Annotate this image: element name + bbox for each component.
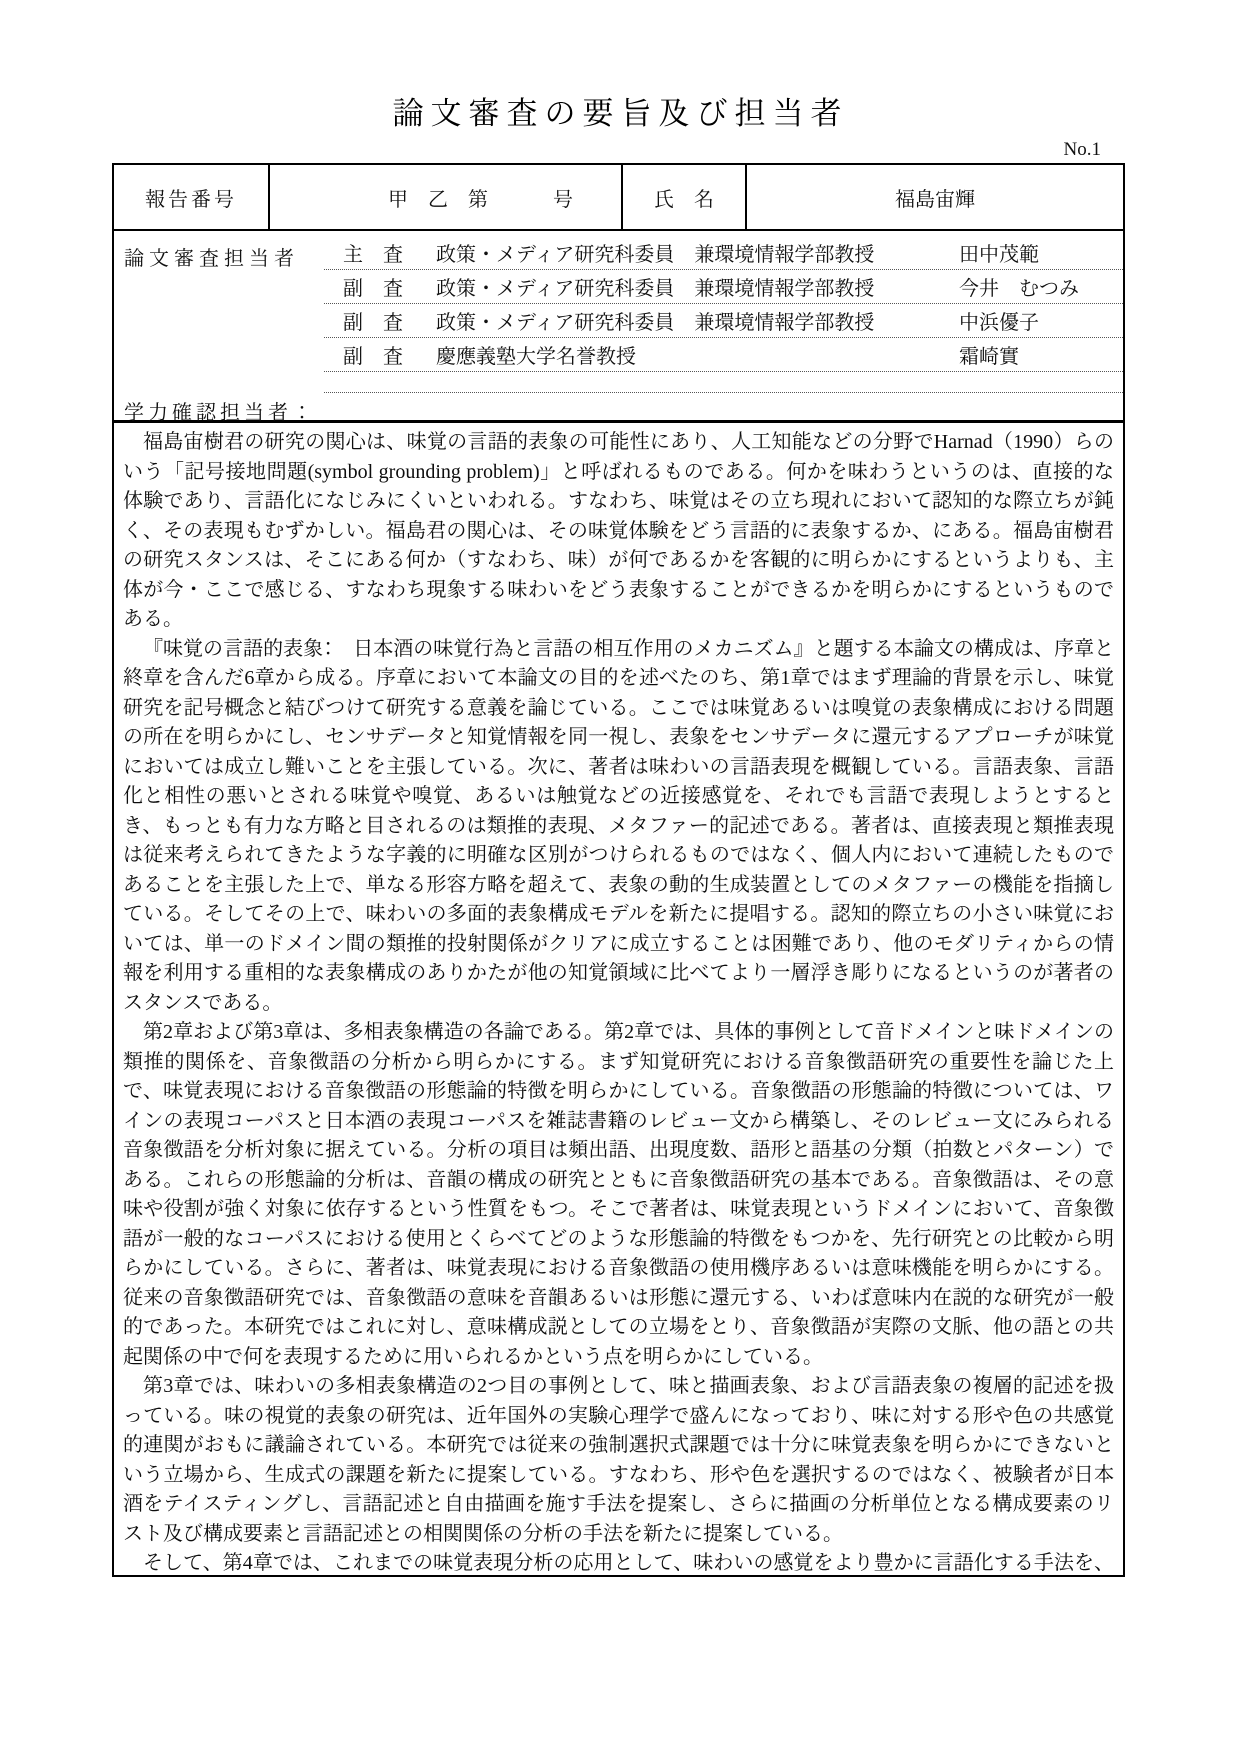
reviewer-name: 中浜優子	[959, 306, 1123, 335]
reviewer-repeat: 主 査 政策・メディア研究科委員 兼環境情報学部教授 田中茂範 副 査 政策・メ…	[324, 236, 1123, 372]
header-row: 報告番号 甲 乙 第 号 氏 名 福島宙輝	[114, 165, 1123, 231]
reviewer-row: 副 査 政策・メディア研究科委員 兼環境情報学部教授 中浜優子	[324, 304, 1123, 338]
report-number-cell: 甲 乙 第 号	[270, 165, 623, 229]
reviewer-role: 副 査	[324, 272, 436, 301]
summary-paragraph: 『味覚の言語的表象： 日本酒の味覚行為と言語の相互作用のメカニズム』と題する本論…	[123, 635, 1114, 1019]
reviewer-role: 副 査	[324, 306, 436, 335]
summary-paragraph: 第2章および第3章は、多相表象構造の各論である。第2章では、具体的事例として音ド…	[123, 1018, 1114, 1372]
reviewer-affiliation: 政策・メディア研究科委員 兼環境情報学部教授	[436, 272, 959, 301]
academic-check-label: 学力確認担当者：	[124, 402, 316, 424]
report-number-label: 報告番号	[114, 165, 270, 229]
name-label: 氏 名	[623, 165, 747, 229]
reviewer-name: 田中茂範	[959, 238, 1123, 267]
reviewers-section: 論文審査担当者 主 査 政策・メディア研究科委員 兼環境情報学部教授 田中茂範 …	[114, 231, 1123, 393]
document-page: 論文審査の要旨及び担当者 No.1 報告番号 甲 乙 第 号 氏 名 福島宙輝 …	[0, 0, 1241, 1755]
report-number-suffix: 号	[553, 183, 573, 212]
reviewer-row: 副 査 慶應義塾大学名誉教授 霜崎實	[324, 338, 1123, 372]
reviewers-section-label: 論文審査担当者	[114, 236, 324, 393]
report-number-prefix: 甲 乙 第	[388, 183, 488, 212]
reviewer-name: 今井 むつみ	[959, 272, 1123, 301]
academic-check-row: 学力確認担当者：	[114, 393, 1123, 423]
review-table: 報告番号 甲 乙 第 号 氏 名 福島宙輝 論文審査担当者 主 査 政策・メディ…	[112, 163, 1125, 1577]
summary-paragraph: 福島宙樹君の研究の関心は、味覚の言語的表象の可能性にあり、人工知能などの分野でH…	[123, 428, 1114, 635]
summary-paragraph: そして、第4章では、これまでの味覚表現分析の応用として、味わいの感覚をより豊かに…	[123, 1549, 1114, 1575]
reviewer-row: 副 査 政策・メディア研究科委員 兼環境情報学部教授 今井 むつみ	[324, 270, 1123, 304]
summary-paragraphs: 福島宙樹君の研究の関心は、味覚の言語的表象の可能性にあり、人工知能などの分野でH…	[123, 428, 1114, 1575]
reviewer-row: 主 査 政策・メディア研究科委員 兼環境情報学部教授 田中茂範	[324, 236, 1123, 270]
review-summary: 福島宙樹君の研究の関心は、味覚の言語的表象の可能性にあり、人工知能などの分野でH…	[114, 423, 1123, 1575]
page-number-line: No.1	[112, 139, 1125, 161]
reviewer-affiliation: 政策・メディア研究科委員 兼環境情報学部教授	[436, 238, 959, 267]
page-number: No.1	[1064, 139, 1101, 160]
reviewer-list: 主 査 政策・メディア研究科委員 兼環境情報学部教授 田中茂範 副 査 政策・メ…	[324, 236, 1123, 393]
reviewer-role: 副 査	[324, 340, 436, 369]
reviewer-affiliation: 政策・メディア研究科委員 兼環境情報学部教授	[436, 306, 959, 335]
reviewer-affiliation: 慶應義塾大学名誉教授	[436, 340, 959, 369]
summary-paragraph: 第3章では、味わいの多相表象構造の2つ目の事例として、味と描画表象、および言語表…	[123, 1372, 1114, 1549]
reviewer-name: 霜崎實	[959, 340, 1123, 369]
reviewer-row-empty	[324, 372, 1123, 393]
reviewer-role: 主 査	[324, 238, 436, 267]
page-title: 論文審査の要旨及び担当者	[0, 88, 1241, 133]
candidate-name: 福島宙輝	[747, 165, 1123, 229]
